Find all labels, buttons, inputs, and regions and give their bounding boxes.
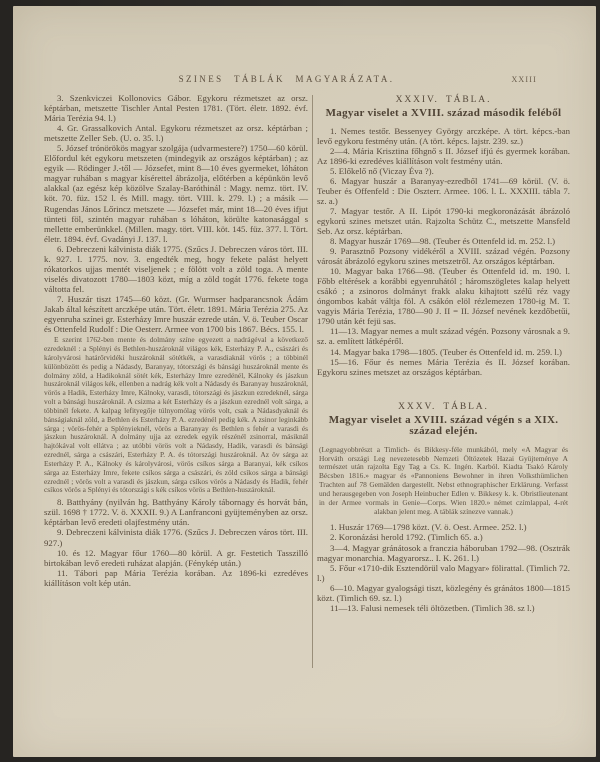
- catalog-entry: 5. József trónörökös magyar szolgája (ud…: [44, 143, 308, 243]
- catalog-entry: 11—13. Magyar nemes a mult század végén.…: [317, 326, 570, 346]
- catalog-entry: 1. Huszár 1769—1798 közt. (V. ö. Oest. A…: [317, 522, 570, 532]
- catalog-entry: 4. Gr. Grassalkovich Antal. Egykoru rézm…: [44, 123, 308, 143]
- section-heading: XXXIV. TÁBLA.: [317, 95, 570, 105]
- catalog-entry: 14. Magyar baka 1798—1805. (Teuber és Ot…: [317, 347, 570, 357]
- page-number: XXIII: [511, 75, 537, 84]
- catalog-entry: 5. Főur «1710-dik Esztendörül valo Magya…: [317, 563, 570, 583]
- catalog-entry: 8. Magyar huszár 1769—98. (Teuber és Ott…: [317, 236, 570, 246]
- catalog-entry: 2—4. Mária Krisztina főhgnő s II. József…: [317, 146, 570, 166]
- section-heading: XXXV. TÁBLA.: [317, 402, 570, 412]
- section-xxxv: XXXV. TÁBLA. Magyar viselet a XVIII. szá…: [317, 402, 570, 613]
- catalog-entry: 2. Koronázási herold 1792. (Timlich 65. …: [317, 532, 570, 542]
- section-items: 1. Nemes testőr. Bessenyey György arczké…: [317, 126, 570, 377]
- catalog-entry: 10. Magyar baka 1766—98. (Teuber és Otte…: [317, 266, 570, 326]
- section-subtitle: Magyar viselet a XVIII. század végén s a…: [317, 415, 570, 438]
- catalog-entry: 11. Tábori pap Mária Terézia korában. Az…: [44, 568, 308, 588]
- section-intro-note: (Legnagyobbrészt a Timlich- és Bikkesy-f…: [319, 446, 568, 517]
- catalog-entry: 5. Előkelő nő (Viczay Éva ?).: [317, 166, 570, 176]
- running-head: SZINES TÁBLÁK MAGYARÁZATA. XXIII: [13, 74, 596, 88]
- page-title: SZINES TÁBLÁK MAGYARÁZATA.: [13, 74, 560, 84]
- catalog-entry: 3—4. Magyar gránátosok a franczia háboru…: [317, 543, 570, 563]
- catalog-entry: 15—16. Főur és nemes Mária Terézia és II…: [317, 357, 570, 377]
- catalog-entry: E szerint 1762-ben mente és dolmány szín…: [44, 336, 308, 495]
- catalog-entry: 11—13. Falusi nemesek téli öltözetben. (…: [317, 603, 570, 613]
- column-divider: [312, 95, 313, 668]
- catalog-entry: 9. Parasztnő Pozsony vidékéről a XVIII. …: [317, 246, 570, 266]
- catalog-entry: 6. Magyar huszár a Baranyay-ezredből 174…: [317, 176, 570, 206]
- right-column: XXXIV. TÁBLA. Magyar viselet a XVIII. sz…: [317, 93, 570, 613]
- text-columns: 3. Szenkviczei Kollonovics Gábor. Egykor…: [44, 93, 570, 668]
- catalog-entry: 7. Huszár tiszt 1745—60 közt. (Gr. Wurms…: [44, 294, 308, 334]
- catalog-entry: 8. Batthyány (nyilván hg. Batthyány Káro…: [44, 497, 308, 527]
- catalog-entry: 7. Magyar testőr. A II. Lipót 1790-ki me…: [317, 206, 570, 236]
- catalog-entry: 6—10. Magyar gyalogsági tiszt, közlegény…: [317, 583, 570, 603]
- book-page: SZINES TÁBLÁK MAGYARÁZATA. XXIII 3. Szen…: [13, 6, 596, 757]
- section-subtitle: Magyar viselet a XVIII. század második f…: [317, 108, 570, 120]
- photo-background: SZINES TÁBLÁK MAGYARÁZATA. XXIII 3. Szen…: [0, 0, 600, 762]
- catalog-entry: 10. és 12. Magyar főur 1760—80 körül. A …: [44, 548, 308, 568]
- catalog-entry: 1. Nemes testőr. Bessenyey György arczké…: [317, 126, 570, 146]
- section-items: 1. Huszár 1769—1798 közt. (V. ö. Oest. A…: [317, 522, 570, 612]
- section-xxxiv: XXXIV. TÁBLA. Magyar viselet a XVIII. sz…: [317, 95, 570, 377]
- catalog-entry: 6. Debreczeni kálvinista diák 1775. (Szű…: [44, 244, 308, 294]
- left-column: 3. Szenkviczei Kollonovics Gábor. Egykor…: [44, 93, 308, 588]
- catalog-entry: 3. Szenkviczei Kollonovics Gábor. Egykor…: [44, 93, 308, 123]
- catalog-entry: 9. Debreczeni kálvinista diák 1776. (Szű…: [44, 527, 308, 547]
